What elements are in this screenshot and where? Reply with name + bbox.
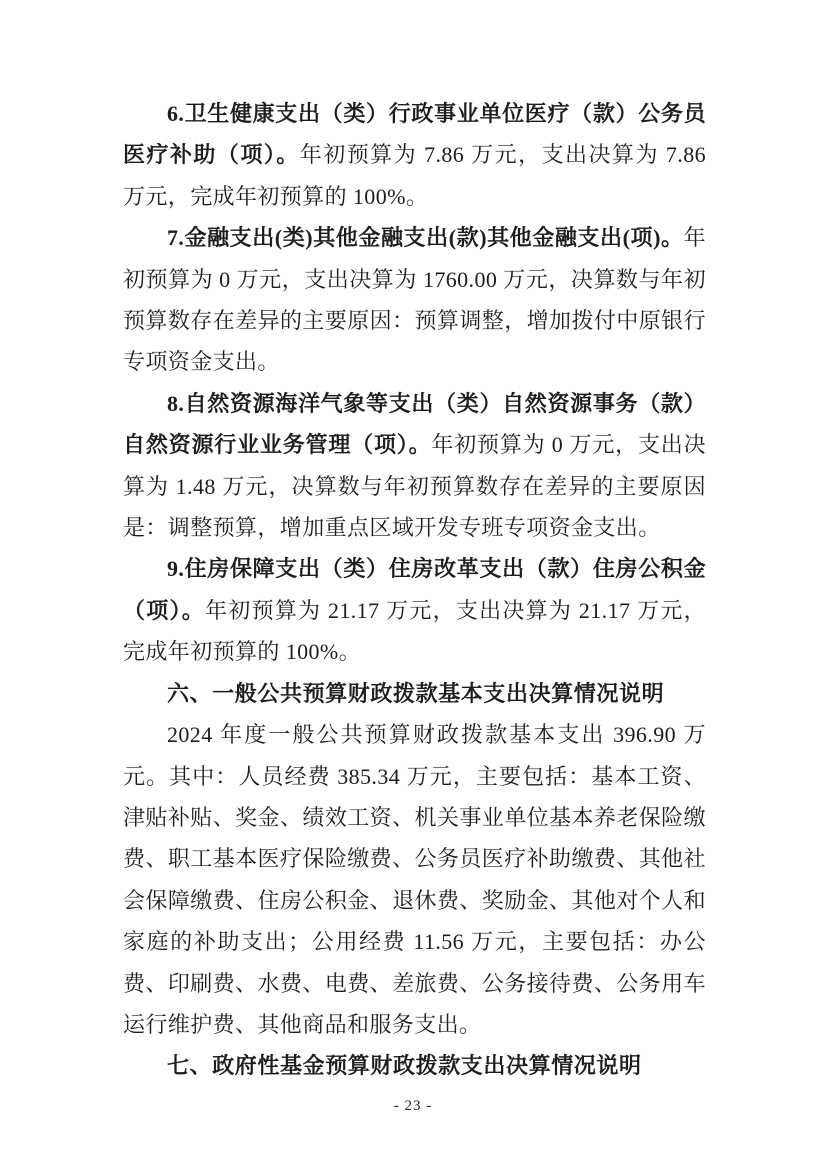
document-page: 6.卫生健康支出（类）行政事业单位医疗（款）公务员医疗补助（项）。年初预算为 7…	[0, 0, 826, 1169]
paragraph: 8.自然资源海洋气象等支出（类）自然资源事务（款）自然资源行业业务管理（项）。年…	[123, 383, 706, 549]
paragraph: 6.卫生健康支出（类）行政事业单位医疗（款）公务员医疗补助（项）。年初预算为 7…	[123, 93, 706, 217]
text-run: 年初预算为 21.17 万元，支出决算为 21.17 万元，完成年初预算的 10…	[123, 598, 706, 664]
bold-text-run: 七、政府性基金预算财政拨款支出决算情况说明	[167, 1053, 642, 1078]
section-heading: 六、一般公共预算财政拨款基本支出决算情况说明	[123, 673, 706, 714]
section-heading: 七、政府性基金预算财政拨款支出决算情况说明	[123, 1045, 706, 1086]
paragraph: 9.住房保障支出（类）住房改革支出（款）住房公积金（项）。年初预算为 21.17…	[123, 548, 706, 672]
bold-text-run: 7.金融支出(类)其他金融支出(款)其他金融支出(项)。	[167, 225, 684, 250]
document-content: 6.卫生健康支出（类）行政事业单位医疗（款）公务员医疗补助（项）。年初预算为 7…	[123, 93, 706, 1087]
paragraph: 7.金融支出(类)其他金融支出(款)其他金融支出(项)。年初预算为 0 万元，支…	[123, 217, 706, 383]
page-number: - 23 -	[0, 1098, 826, 1115]
paragraph: 2024 年度一般公共预算财政拨款基本支出 396.90 万元。其中：人员经费 …	[123, 714, 706, 1045]
bold-text-run: 六、一般公共预算财政拨款基本支出决算情况说明	[167, 681, 664, 706]
text-run: 2024 年度一般公共预算财政拨款基本支出 396.90 万元。其中：人员经费 …	[123, 722, 706, 1037]
